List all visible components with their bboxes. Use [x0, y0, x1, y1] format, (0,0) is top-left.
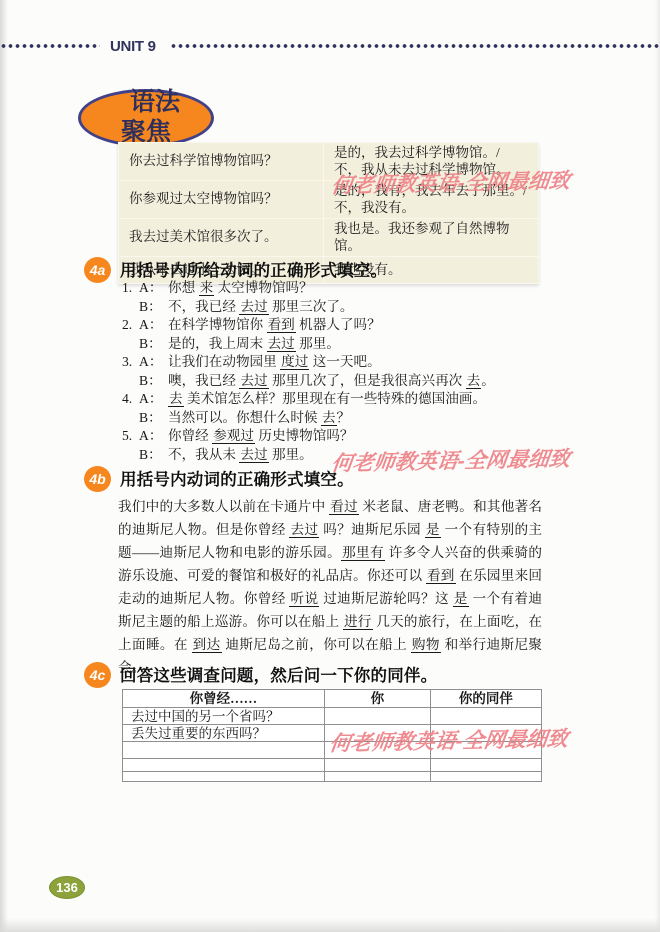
- fill-in-answer: 参观过: [212, 428, 255, 444]
- text-segment: 那里三次了。: [269, 299, 354, 314]
- question-cell: 你参观过太空博物馆吗？: [119, 181, 324, 219]
- answer-blank-cell: [430, 725, 541, 742]
- fill-in-answer: 进行: [343, 614, 373, 630]
- text-segment: 当然可以。你想什么时候: [168, 410, 321, 425]
- table-row: 你参观过太空博物馆吗？是的，我有，我去年去了那里。/ 不，我没有。: [119, 181, 539, 219]
- answer-blank-cell: [430, 759, 541, 772]
- section-4b-title: 用括号内动词的正确形式填空。: [120, 466, 354, 490]
- answer-blank-cell: [324, 759, 430, 772]
- speaker-label: A：: [139, 390, 168, 409]
- survey-table: 你曾经……你你的同伴 去过中国的另一个省吗？丢失过重要的东西吗？: [122, 689, 542, 782]
- section-4b-paragraph: 我们中的大多数人以前在卡通片中 看过 米老鼠、唐老鸭。和其他著名的迪斯尼人物。但…: [118, 495, 542, 679]
- dialogue-line: 1.A：你想 来 太空博物馆吗？: [122, 279, 546, 298]
- speaker-label: A：: [139, 427, 168, 446]
- speaker-label: B：: [139, 409, 168, 428]
- section-4a-title: 用括号内所给动词的正确形式填空。: [120, 257, 387, 281]
- fill-in-answer: 购物: [411, 637, 441, 653]
- text-segment: 是的，我上周末: [168, 336, 267, 351]
- fill-in-answer: 那里有: [341, 545, 385, 561]
- section-4a-dialogues: 1.A：你想 来 太空博物馆吗？B：不，我已经 去过 那里三次了。2.A：在科学…: [122, 279, 546, 464]
- answer-cell: 是的，我有，我去年去了那里。/ 不，我没有。: [324, 181, 539, 219]
- table-row: 你去过科学馆博物馆吗？是的，我去过科学博物馆。/ 不，我从未去过科学博物馆。: [119, 143, 539, 181]
- item-number: 2.: [122, 316, 139, 335]
- survey-question-cell: [123, 772, 325, 782]
- fill-in-answer: 听说: [289, 591, 319, 607]
- section-4b-badge-label: 4b: [89, 471, 105, 487]
- table-row: 去过中国的另一个省吗？: [123, 708, 542, 725]
- section-4a-badge-label: 4a: [90, 262, 106, 278]
- dialogue-text: 当然可以。你想什么时候 去？: [168, 409, 546, 428]
- fill-in-answer: 去: [168, 391, 184, 407]
- section-4c-badge: 4c: [84, 662, 111, 688]
- page-number: 136: [56, 880, 78, 895]
- speaker-label: B：: [139, 335, 168, 354]
- speaker-label: A：: [139, 353, 168, 372]
- item-number: [122, 409, 139, 428]
- dialogue-line: B：不，我已经 去过 那里三次了。: [122, 298, 546, 317]
- answer-blank-cell: [430, 772, 541, 782]
- section-4c-title: 回答这些调查问题，然后问一下你的同伴。: [120, 662, 437, 686]
- dotted-line: [0, 44, 100, 48]
- text-segment: 这一天吧。: [309, 354, 380, 369]
- table-row: 我去过美术馆很多次了。我也是。我还参观了自然博物馆。: [119, 219, 539, 257]
- fill-in-answer: 看过: [329, 499, 359, 515]
- dialogue-text: 不，我从未 去过 那里。: [168, 446, 546, 465]
- column-header: 你的同伴: [430, 690, 541, 708]
- text-segment: 在科学博物馆你: [168, 317, 267, 332]
- answer-blank-cell: [324, 742, 430, 759]
- dialogue-text: 不，我已经 去过 那里三次了。: [168, 298, 546, 317]
- survey-table-body: 去过中国的另一个省吗？丢失过重要的东西吗？: [123, 708, 542, 782]
- item-number: [122, 335, 139, 354]
- fill-in-answer: 度过: [280, 354, 309, 370]
- dialogue-line: 5.A：你曾经 参观过 历史博物馆吗？: [122, 427, 546, 446]
- item-number: [122, 298, 139, 317]
- section-4c-badge-label: 4c: [90, 667, 106, 683]
- item-number: [122, 372, 139, 391]
- fill-in-answer: 去过: [239, 447, 268, 463]
- section-4b-badge: 4b: [84, 466, 111, 492]
- question-cell: 我去过美术馆很多次了。: [119, 219, 324, 257]
- text-segment: 过迪斯尼游轮吗？这: [319, 591, 452, 606]
- dialogue-text: 让我们在动物园里 度过 这一天吧。: [168, 353, 546, 372]
- textbook-page: UNIT 9 语法 聚焦 你去过科学馆博物馆吗？是的，我去过科学博物馆。/ 不，…: [0, 0, 660, 932]
- fill-in-answer: 去: [466, 373, 482, 389]
- fill-in-answer: 去过: [239, 299, 268, 315]
- table-header-row: 你曾经……你你的同伴: [123, 690, 542, 708]
- text-segment: 迪斯尼岛之前，你可以在船上: [222, 637, 411, 652]
- survey-question-cell: [123, 742, 325, 759]
- text-segment: 机器人了吗？: [296, 317, 381, 332]
- text-segment: 吗？迪斯尼乐园: [319, 522, 424, 537]
- dialogue-line: 4.A：去 美术馆怎么样？那里现在有一些特殊的德国油画。: [122, 390, 546, 409]
- answer-blank-cell: [430, 708, 541, 725]
- unit-label: UNIT 9: [110, 38, 156, 55]
- text-segment: ？: [337, 410, 351, 425]
- text-segment: 我们中的大多数人以前在卡通片中: [118, 499, 329, 514]
- dialogue-line: B：不，我从未 去过 那里。: [122, 446, 546, 465]
- fill-in-answer: 看到: [267, 317, 296, 333]
- survey-question-cell: 去过中国的另一个省吗？: [123, 708, 325, 725]
- column-header: 你曾经……: [123, 690, 325, 708]
- answer-blank-cell: [430, 742, 541, 759]
- dialogue-line: B：当然可以。你想什么时候 去？: [122, 409, 546, 428]
- item-number: 3.: [122, 353, 139, 372]
- text-segment: 噢，我已经: [168, 373, 239, 388]
- text-segment: 不，我从未: [168, 447, 239, 462]
- fill-in-answer: 去过: [289, 522, 319, 538]
- dialogue-text: 是的，我上周末 去过 那里。: [168, 335, 546, 354]
- grammar-focus-badge: 语法 聚焦: [78, 89, 214, 147]
- table-row: [123, 742, 542, 759]
- dialogue-text: 你曾经 参观过 历史博物馆吗？: [168, 427, 546, 446]
- dialogue-line: 2.A：在科学博物馆你 看到 机器人了吗？: [122, 316, 546, 335]
- fill-in-answer: 去: [321, 410, 337, 426]
- fill-in-answer: 来: [199, 280, 215, 296]
- answer-blank-cell: [324, 708, 430, 725]
- text-segment: 那里。: [269, 447, 313, 462]
- text-segment: 不，我已经: [168, 299, 239, 314]
- survey-question-cell: 丢失过重要的东西吗？: [123, 725, 325, 742]
- fill-in-answer: 看到: [426, 568, 456, 584]
- text-segment: 历史博物馆吗？: [255, 428, 354, 443]
- text-segment: 那里。: [296, 336, 340, 351]
- dialogue-line: 3.A：让我们在动物园里 度过 这一天吧。: [122, 353, 546, 372]
- column-header: 你: [324, 690, 430, 708]
- dialogue-text: 你想 来 太空博物馆吗？: [168, 279, 546, 298]
- unit-header: UNIT 9: [0, 39, 660, 53]
- survey-table-head: 你曾经……你你的同伴: [123, 690, 542, 708]
- text-segment: 那里几次了，但是我很高兴再次: [269, 373, 466, 388]
- item-number: [122, 446, 139, 465]
- section-4a-badge: 4a: [84, 257, 111, 283]
- answer-blank-cell: [324, 772, 430, 782]
- table-row: 丢失过重要的东西吗？: [123, 725, 542, 742]
- speaker-label: A：: [139, 279, 168, 298]
- answer-blank-cell: [324, 725, 430, 742]
- table-row: [123, 772, 542, 782]
- dotted-line: [170, 44, 660, 48]
- speaker-label: B：: [139, 298, 168, 317]
- dialogue-line: B：是的，我上周末 去过 那里。: [122, 335, 546, 354]
- fill-in-answer: 去过: [267, 336, 296, 352]
- speaker-label: B：: [139, 372, 168, 391]
- survey-question-cell: [123, 759, 325, 772]
- answer-cell: 是的，我去过科学博物馆。/ 不，我从未去过科学博物馆。: [324, 143, 539, 181]
- dialogue-line: B：噢，我已经 去过 那里几次了，但是我很高兴再次 去。: [122, 372, 546, 391]
- fill-in-answer: 到达: [192, 637, 222, 653]
- fill-in-answer: 是: [425, 522, 441, 538]
- dialogue-text: 噢，我已经 去过 那里几次了，但是我很高兴再次 去。: [168, 372, 546, 391]
- item-number: 5.: [122, 427, 139, 446]
- dialogue-text: 在科学博物馆你 看到 机器人了吗？: [168, 316, 546, 335]
- item-number: 1.: [122, 279, 139, 298]
- speaker-label: B：: [139, 446, 168, 465]
- page-number-badge: 136: [49, 876, 85, 899]
- item-number: 4.: [122, 390, 139, 409]
- question-cell: 你去过科学馆博物馆吗？: [119, 143, 324, 181]
- answer-cell: 我也是。我还参观了自然博物馆。: [324, 219, 539, 257]
- text-segment: 。: [481, 373, 495, 388]
- text-segment: 美术馆怎么样？那里现在有一些特殊的德国油画。: [184, 391, 486, 406]
- speaker-label: A：: [139, 316, 168, 335]
- text-segment: 太空博物馆吗？: [214, 280, 313, 295]
- text-segment: 你想: [168, 280, 199, 295]
- grammar-focus-badge-line1: 语法: [130, 90, 180, 115]
- text-segment: 你曾经: [168, 428, 212, 443]
- dialogue-text: 去 美术馆怎么样？那里现在有一些特殊的德国油画。: [168, 390, 546, 409]
- fill-in-answer: 是: [453, 591, 469, 607]
- text-segment: 让我们在动物园里: [168, 354, 280, 369]
- fill-in-answer: 去过: [239, 373, 268, 389]
- table-row: [123, 759, 542, 772]
